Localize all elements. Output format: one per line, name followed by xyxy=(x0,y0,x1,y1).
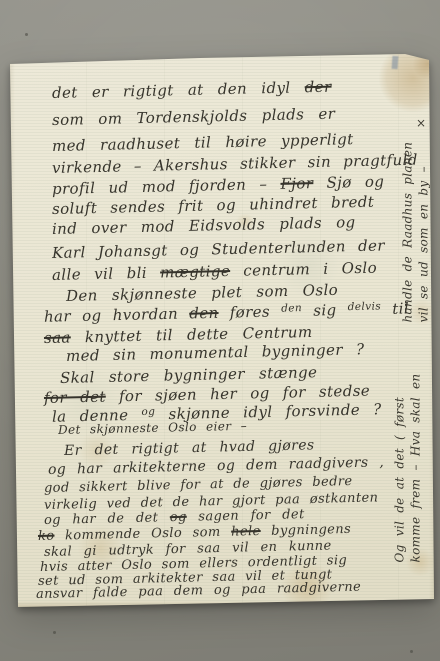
manuscript-word: og xyxy=(170,510,187,525)
manuscript-line: med raadhuset til høire ypperligt xyxy=(52,132,354,155)
manuscript-word: med raadhuset til høire ypperligt xyxy=(52,130,354,155)
manuscript-line: ind over mod Eidsvolds plads og xyxy=(52,215,356,238)
margin-note-lower: Og vil de at det ( førstkomme frem – Hva… xyxy=(392,358,428,563)
manuscript-line: det er rigtigt at den idyl der xyxy=(52,80,332,102)
dust-speck xyxy=(25,33,28,36)
manuscript-word: som om Tordenskjolds plads er xyxy=(52,105,336,129)
manuscript-word: for det xyxy=(44,388,106,407)
manuscript-word: sig xyxy=(302,301,348,320)
manuscript-word: ko xyxy=(38,529,55,544)
manuscript-word: saa xyxy=(44,328,71,347)
manuscript-word: centrum i Oslo xyxy=(230,259,377,280)
margin-x-mark: × xyxy=(416,116,426,130)
manuscript-word: og har de det xyxy=(44,510,170,528)
dust-speck xyxy=(410,650,413,653)
manuscript-word: Fjor xyxy=(280,174,313,193)
manuscript-line: med sin monumental bygninger ? xyxy=(66,342,365,365)
manuscript-line: har og hvordan den føres den sig delvis … xyxy=(44,301,409,326)
manuscript-word: den xyxy=(281,302,302,314)
manuscript-word: sagen for det xyxy=(187,507,305,525)
manuscript-word: Det skjønneste Oslo eier – xyxy=(58,419,247,437)
manuscript-text: det er rigtigt at den idyl dersom om Tor… xyxy=(8,50,438,610)
margin-note-line: vil se ud som en by – xyxy=(416,108,432,323)
manuscript-word: føres xyxy=(218,302,281,321)
manuscript-word: profil ud mod fjorden – xyxy=(52,175,281,198)
manuscript-word: Karl Johansgt og Studenterlunden der xyxy=(52,236,385,262)
margin-note-upper: handle de Raadhus planenvil se ud som en… xyxy=(400,108,434,323)
manuscript-page: det er rigtigt at den idyl dersom om Tor… xyxy=(8,50,438,610)
manuscript-word: hele xyxy=(231,524,261,540)
manuscript-word: bygningens xyxy=(261,522,352,539)
dust-speck xyxy=(53,631,56,634)
manuscript-word: den xyxy=(189,304,219,323)
manuscript-word: Sjø og xyxy=(313,172,384,192)
manuscript-word: Er det rigtigt at hvad gjøres xyxy=(64,437,315,459)
margin-note-line: handle de Raadhus planen xyxy=(400,108,416,323)
manuscript-line: Er det rigtigt at hvad gjøres xyxy=(64,438,315,458)
margin-note-line: Og vil de at det ( først xyxy=(392,358,408,563)
margin-note-line: komme frem – Hva skal en xyxy=(408,358,424,563)
manuscript-line: Karl Johansgt og Studenterlunden der xyxy=(52,238,385,261)
manuscript-word: mægtige xyxy=(160,262,230,282)
manuscript-word: der xyxy=(304,78,331,97)
paper-sheet: det er rigtigt at den idyl dersom om Tor… xyxy=(8,50,438,610)
manuscript-word: delvis xyxy=(348,300,382,313)
manuscript-word: har og hvordan xyxy=(44,304,190,325)
manuscript-word: og xyxy=(141,406,155,418)
manuscript-line: Det skjønneste Oslo eier – xyxy=(58,420,247,437)
manuscript-line: som om Tordenskjolds plads er xyxy=(52,107,336,129)
photo-background: det er rigtigt at den idyl dersom om Tor… xyxy=(0,0,440,661)
manuscript-word: det er rigtigt at den idyl xyxy=(52,78,305,102)
manuscript-word: alle vil bli xyxy=(52,264,161,284)
